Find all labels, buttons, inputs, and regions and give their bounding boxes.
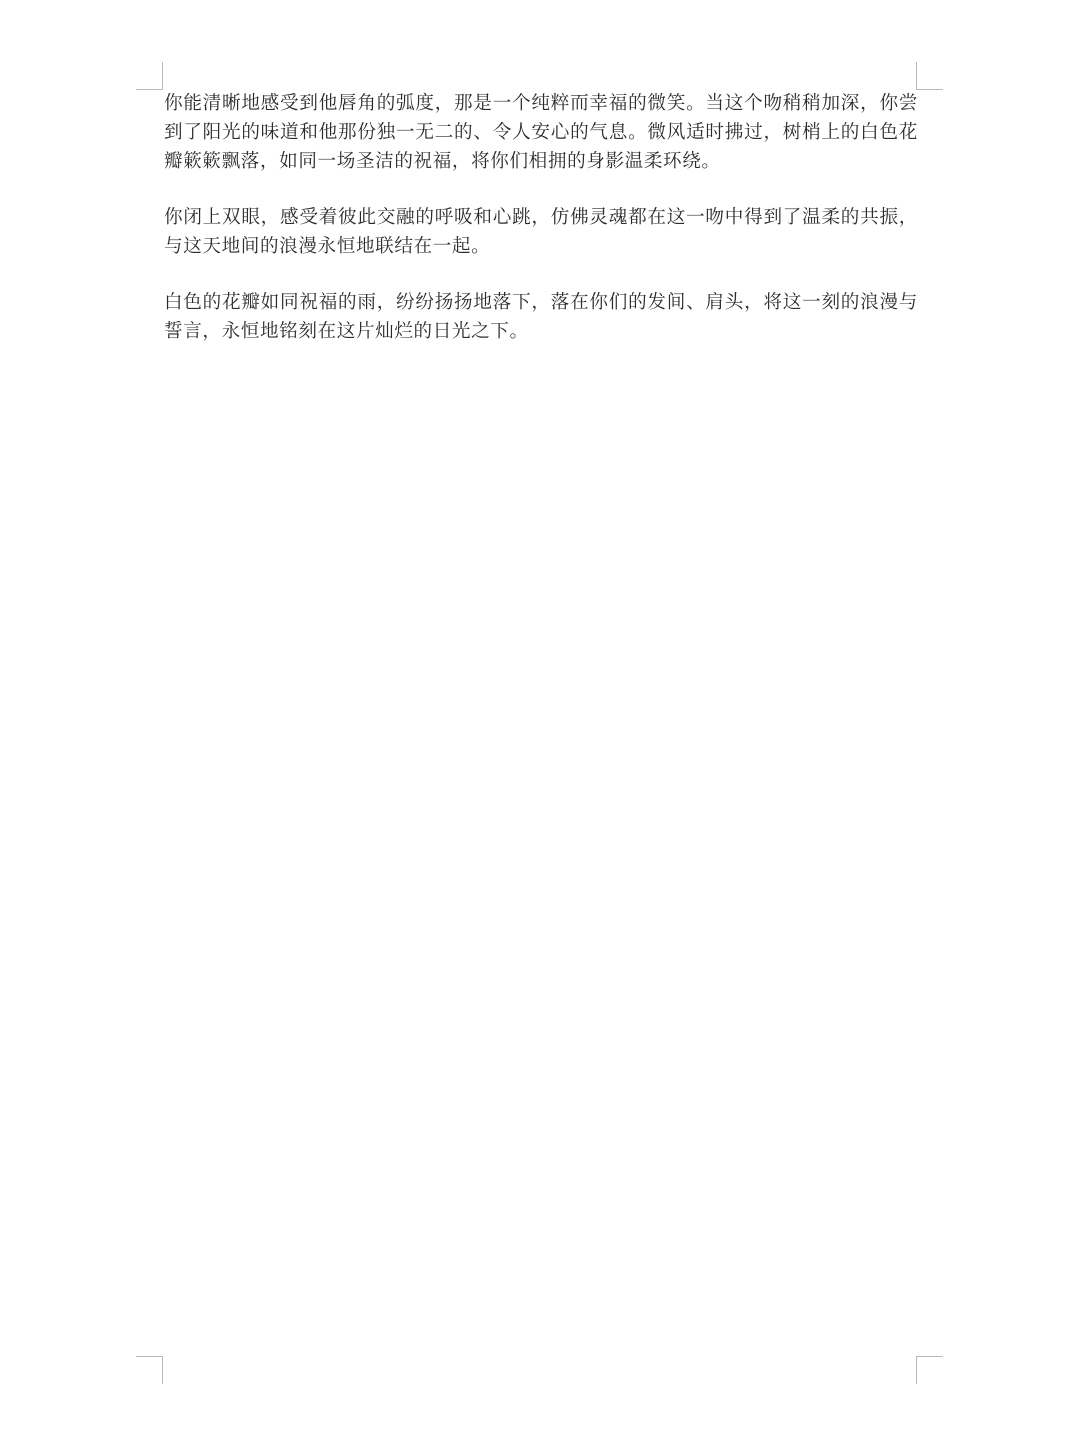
margin-corner-mark-top-left [136, 62, 163, 90]
document-page: 你能清晰地感受到他唇角的弧度，那是一个纯粹而幸福的微笑。当这个吻稍稍加深，你尝到… [0, 0, 1080, 1440]
document-body[interactable]: 你能清晰地感受到他唇角的弧度，那是一个纯粹而幸福的微笑。当这个吻稍稍加深，你尝到… [164, 89, 918, 373]
paragraph-2: 你闭上双眼，感受着彼此交融的呼吸和心跳，仿佛灵魂都在这一吻中得到了温柔的共振，与… [164, 203, 918, 261]
paragraph-3: 白色的花瓣如同祝福的雨，纷纷扬扬地落下，落在你们的发间、肩头，将这一刻的浪漫与誓… [164, 288, 918, 346]
paragraph-1: 你能清晰地感受到他唇角的弧度，那是一个纯粹而幸福的微笑。当这个吻稍稍加深，你尝到… [164, 89, 918, 176]
margin-corner-mark-bottom-right [916, 1356, 943, 1384]
margin-corner-mark-bottom-left [136, 1356, 163, 1384]
margin-corner-mark-top-right [916, 62, 943, 90]
